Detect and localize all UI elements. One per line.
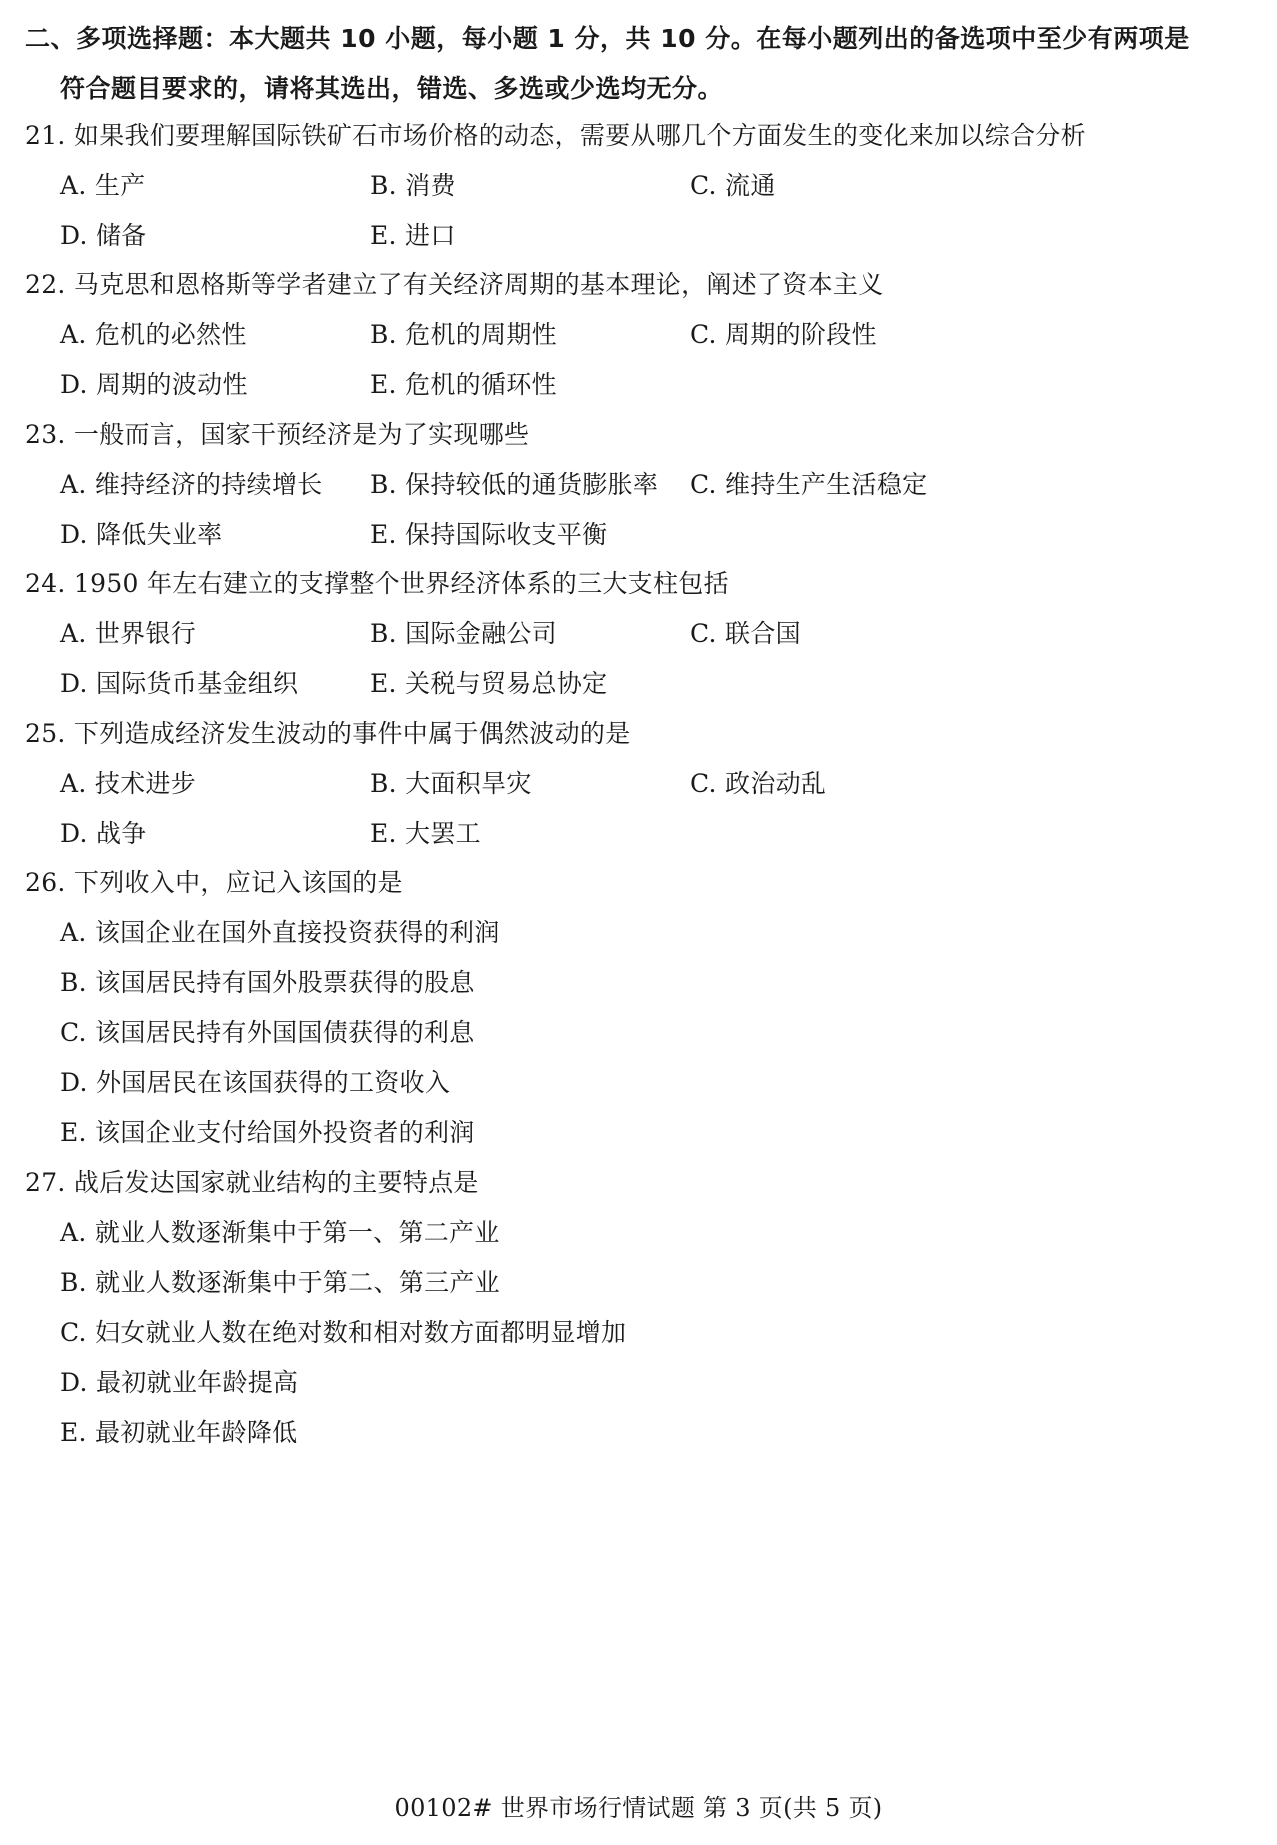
option-row: A. 危机的必然性 B. 危机的周期性 C. 周期的阶段性: [25, 310, 1265, 360]
question-21: 21. 如果我们要理解国际铁矿石市场价格的动态，需要从哪几个方面发生的变化来加以…: [25, 111, 1265, 261]
option-row: D. 外国居民在该国获得的工资收入: [25, 1058, 1265, 1108]
option-row: D. 战争 E. 大罢工: [25, 809, 1265, 859]
option-b: B. 国际金融公司: [370, 609, 557, 659]
option-e: E. 大罢工: [370, 809, 481, 859]
option-row: D. 最初就业年龄提高: [25, 1358, 1265, 1408]
section-instructions-line2: 符合题目要求的，请将其选出，错选、多选或少选均无分。: [25, 64, 1265, 114]
option-b: B. 消费: [370, 161, 456, 211]
option-row: D. 周期的波动性 E. 危机的循环性: [25, 360, 1265, 410]
question-25: 25. 下列造成经济发生波动的事件中属于偶然波动的是 A. 技术进步 B. 大面…: [25, 709, 1265, 859]
option-a: A. 就业人数逐渐集中于第一、第二产业: [60, 1208, 500, 1258]
option-d: D. 战争: [60, 809, 147, 859]
section-header: 二、多项选择题：本大题共 10 小题，每小题 1 分，共 10 分。在每小题列出…: [25, 14, 1265, 114]
question-stem: 23. 一般而言，国家干预经济是为了实现哪些: [25, 410, 1265, 460]
option-row: A. 维持经济的持续增长 B. 保持较低的通货膨胀率 C. 维持生产生活稳定: [25, 460, 1265, 510]
option-b: B. 该国居民持有国外股票获得的股息: [60, 958, 475, 1008]
option-e: E. 关税与贸易总协定: [370, 659, 607, 709]
option-row: B. 就业人数逐渐集中于第二、第三产业: [25, 1258, 1265, 1308]
option-a: A. 技术进步: [60, 759, 196, 809]
option-c: C. 周期的阶段性: [690, 310, 877, 360]
option-row: A. 该国企业在国外直接投资获得的利润: [25, 908, 1265, 958]
option-row: E. 该国企业支付给国外投资者的利润: [25, 1108, 1265, 1158]
option-e: E. 该国企业支付给国外投资者的利润: [60, 1108, 475, 1158]
option-e: E. 最初就业年龄降低: [60, 1408, 297, 1458]
option-d: D. 降低失业率: [60, 510, 222, 560]
option-b: B. 大面积旱灾: [370, 759, 532, 809]
option-d: D. 外国居民在该国获得的工资收入: [60, 1058, 450, 1108]
option-row: A. 技术进步 B. 大面积旱灾 C. 政治动乱: [25, 759, 1265, 809]
option-a: A. 世界银行: [60, 609, 196, 659]
section-instructions-line1: 二、多项选择题：本大题共 10 小题，每小题 1 分，共 10 分。在每小题列出…: [25, 24, 1190, 53]
question-stem: 21. 如果我们要理解国际铁矿石市场价格的动态，需要从哪几个方面发生的变化来加以…: [25, 111, 1265, 161]
option-row: C. 妇女就业人数在绝对数和相对数方面都明显增加: [25, 1308, 1265, 1358]
question-stem: 22. 马克思和恩格斯等学者建立了有关经济周期的基本理论，阐述了资本主义: [25, 260, 1265, 310]
option-b: B. 保持较低的通货膨胀率: [370, 460, 658, 510]
option-row: B. 该国居民持有国外股票获得的股息: [25, 958, 1265, 1008]
option-row: C. 该国居民持有外国国债获得的利息: [25, 1008, 1265, 1058]
option-b: B. 危机的周期性: [370, 310, 557, 360]
option-d: D. 国际货币基金组织: [60, 659, 298, 709]
question-stem: 27. 战后发达国家就业结构的主要特点是: [25, 1158, 1265, 1208]
question-27: 27. 战后发达国家就业结构的主要特点是 A. 就业人数逐渐集中于第一、第二产业…: [25, 1158, 1265, 1458]
question-26: 26. 下列收入中，应记入该国的是 A. 该国企业在国外直接投资获得的利润 B.…: [25, 858, 1265, 1158]
option-b: B. 就业人数逐渐集中于第二、第三产业: [60, 1258, 500, 1308]
option-row: D. 降低失业率 E. 保持国际收支平衡: [25, 510, 1265, 560]
option-d: D. 周期的波动性: [60, 360, 248, 410]
option-row: A. 生产 B. 消费 C. 流通: [25, 161, 1265, 211]
option-c: C. 该国居民持有外国国债获得的利息: [60, 1008, 475, 1058]
option-e: E. 危机的循环性: [370, 360, 557, 410]
option-row: D. 储备 E. 进口: [25, 211, 1265, 261]
question-stem: 26. 下列收入中，应记入该国的是: [25, 858, 1265, 908]
option-e: E. 进口: [370, 211, 456, 261]
option-row: A. 就业人数逐渐集中于第一、第二产业: [25, 1208, 1265, 1258]
page-footer: 00102# 世界市场行情试题 第 3 页(共 5 页): [0, 1788, 1277, 1828]
question-23: 23. 一般而言，国家干预经济是为了实现哪些 A. 维持经济的持续增长 B. 保…: [25, 410, 1265, 560]
question-22: 22. 马克思和恩格斯等学者建立了有关经济周期的基本理论，阐述了资本主义 A. …: [25, 260, 1265, 410]
exam-page: 二、多项选择题：本大题共 10 小题，每小题 1 分，共 10 分。在每小题列出…: [0, 0, 1277, 1845]
option-a: A. 该国企业在国外直接投资获得的利润: [60, 908, 500, 958]
option-c: C. 流通: [690, 161, 776, 211]
option-a: A. 维持经济的持续增长: [60, 460, 323, 510]
option-row: E. 最初就业年龄降低: [25, 1408, 1265, 1458]
option-c: C. 妇女就业人数在绝对数和相对数方面都明显增加: [60, 1308, 626, 1358]
option-d: D. 最初就业年龄提高: [60, 1358, 298, 1408]
option-c: C. 维持生产生活稳定: [690, 460, 927, 510]
option-c: C. 政治动乱: [690, 759, 826, 809]
option-d: D. 储备: [60, 211, 147, 261]
question-24: 24. 1950 年左右建立的支撑整个世界经济体系的三大支柱包括 A. 世界银行…: [25, 559, 1265, 709]
option-e: E. 保持国际收支平衡: [370, 510, 607, 560]
option-a: A. 危机的必然性: [60, 310, 247, 360]
option-row: D. 国际货币基金组织 E. 关税与贸易总协定: [25, 659, 1265, 709]
option-a: A. 生产: [60, 161, 145, 211]
question-stem: 24. 1950 年左右建立的支撑整个世界经济体系的三大支柱包括: [25, 559, 1265, 609]
question-stem: 25. 下列造成经济发生波动的事件中属于偶然波动的是: [25, 709, 1265, 759]
option-c: C. 联合国: [690, 609, 801, 659]
option-row: A. 世界银行 B. 国际金融公司 C. 联合国: [25, 609, 1265, 659]
